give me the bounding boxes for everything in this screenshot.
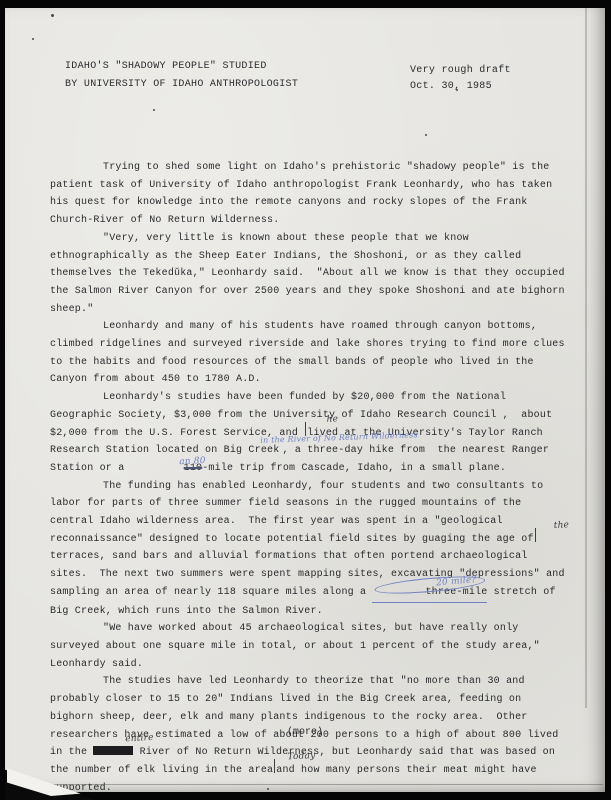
- paragraph: Leonhardy's studies have been funded by …: [50, 389, 568, 478]
- handwritten-annotation: an 80: [126, 457, 206, 470]
- draft-note-line2: Oct. 30, 1985: [410, 79, 511, 95]
- handwritten-insertion: he: [304, 425, 307, 435]
- page-curl-corner: [5, 763, 95, 800]
- document-body: Trying to shed some light on Idaho's pre…: [50, 159, 568, 797]
- handwritten-annotation: he: [273, 415, 338, 427]
- underlined-text: three-mile20 mile?: [372, 584, 487, 603]
- paragraph: The funding has enabled Leonhardy, four …: [50, 478, 568, 621]
- struck-out-text: 110an 80: [131, 460, 203, 478]
- paper-speck: [456, 89, 458, 91]
- paragraph: Trying to shed some light on Idaho's pre…: [50, 159, 568, 230]
- handwritten-annotation: in the River of No Return Wilderness: [207, 432, 418, 447]
- more-indicator: (more): [5, 727, 605, 738]
- paper: IDAHO'S "SHADOWY PEOPLE" STUDIED BY UNIV…: [5, 8, 605, 792]
- paragraph: "We have worked about 45 archaeological …: [50, 620, 568, 673]
- draft-note: Very rough draft Oct. 30, 1985: [410, 63, 511, 95]
- paper-speck: [51, 14, 54, 17]
- headline-line2: BY UNIVERSITY OF IDAHO ANTHROPOLOGIST: [65, 76, 298, 94]
- paper-speck: [267, 788, 269, 790]
- handwritten-insertion: in the River of No Return Wilderness: [279, 442, 282, 452]
- circled-annotation: 20 mile?: [374, 573, 486, 597]
- paper-speck: [153, 109, 155, 111]
- draft-note-line1: Very rough draft: [410, 63, 511, 79]
- scanned-page: IDAHO'S "SHADOWY PEOPLE" STUDIED BY UNIV…: [0, 0, 611, 800]
- paper-speck: [425, 134, 427, 136]
- paragraph: "Very, very little is known about these …: [50, 230, 568, 319]
- headline-line1: IDAHO'S "SHADOWY PEOPLE" STUDIED: [65, 58, 298, 76]
- handwritten-annotation: Today: [234, 752, 315, 765]
- handwritten-insertion: Today: [273, 762, 276, 772]
- vertical-crease: [585, 8, 587, 708]
- blacked-out-word: entire: [93, 746, 133, 755]
- paragraph: Leonhardy and many of his students have …: [50, 318, 568, 389]
- headline: IDAHO'S "SHADOWY PEOPLE" STUDIED BY UNIV…: [65, 58, 298, 94]
- paper-speck: [32, 38, 34, 40]
- horizontal-crease: [7, 784, 603, 785]
- handwritten-insertion: the: [534, 531, 537, 541]
- handwritten-annotation: the: [501, 521, 570, 534]
